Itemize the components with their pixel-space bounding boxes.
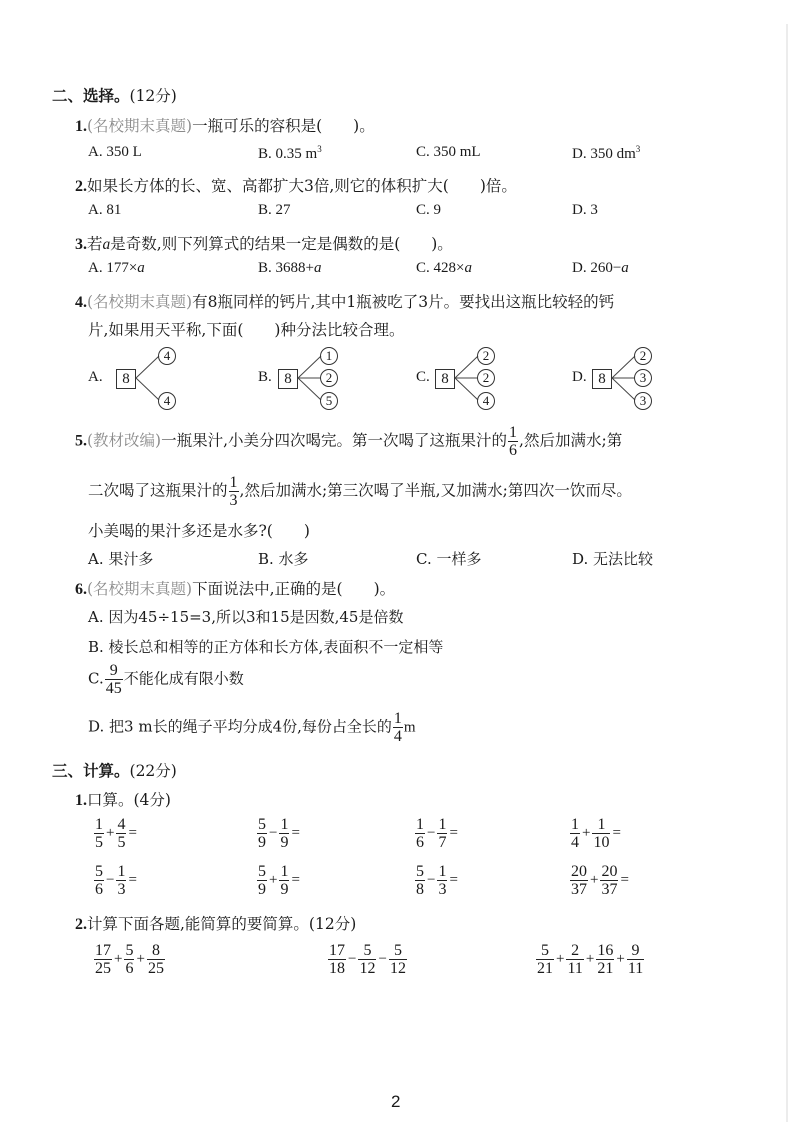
q1-option-c[interactable]: C. 350 mL [416, 144, 481, 161]
sub-question-1: 1.口算。(4分) [75, 788, 171, 810]
mental-math-item: 16−17= [414, 816, 459, 851]
branch-circle: 2 [477, 347, 495, 365]
branch-lines-icon [416, 344, 516, 414]
fraction: 13 [229, 474, 239, 509]
page-edge-line [786, 24, 788, 1122]
fraction: 16 [508, 424, 518, 459]
calc-expression: 1725+56+825 [93, 942, 166, 977]
branch-lines-icon [572, 344, 672, 414]
source-tag: (名校期末真题) [87, 293, 192, 311]
q5-option-a[interactable]: A. 果汁多 [88, 548, 153, 569]
mental-math-item: 59+19= [256, 863, 301, 898]
fraction: 14 [393, 710, 403, 745]
q3-option-d[interactable]: D. 260−a [572, 260, 629, 277]
question-2: 2.如果长方体的长、宽、高都扩大3倍,则它的体积扩大( )倍。 [75, 174, 517, 196]
section-3-title: 三、计算。 [52, 762, 130, 780]
q2-option-a[interactable]: A. 81 [88, 202, 121, 219]
question-text: 一瓶可乐的容积是( )。 [192, 117, 375, 135]
fraction: 945 [105, 662, 123, 697]
branch-circle: 4 [158, 347, 176, 365]
mental-math-item: 14+110= [569, 816, 622, 851]
branch-circle: 4 [477, 392, 495, 410]
q4-option-b[interactable]: B. 8 1 2 5 [258, 344, 378, 414]
branch-lines-icon [258, 344, 358, 414]
branch-circle: 5 [320, 392, 338, 410]
branch-circle: 2 [320, 369, 338, 387]
question-5-line1: 5.(教材改编)一瓶果汁,小美分四次喝完。第一次喝了这瓶果汁的16,然后加满水;… [75, 424, 622, 459]
question-4: 4.(名校期末真题)有8瓶同样的钙片,其中1瓶被吃了3片。要找出这瓶比较轻的钙 [75, 290, 614, 312]
source-tag: (名校期末真题) [87, 117, 192, 135]
q3-option-b[interactable]: B. 3688+a [258, 260, 321, 277]
q5-option-b[interactable]: B. 水多 [258, 548, 309, 569]
sub-question-2: 2.计算下面各题,能简算的要简算。(12分) [75, 912, 356, 934]
section-3-points: (22分) [130, 762, 177, 780]
branch-circle: 2 [477, 369, 495, 387]
q6-option-d[interactable]: D. 把3 m长的绳子平均分成4份,每份占全长的14m [88, 710, 416, 745]
mental-math-item: 2037+2037= [569, 863, 630, 898]
q4-option-d[interactable]: D. 8 2 3 3 [572, 344, 692, 414]
source-tag: (名校期末真题) [87, 580, 192, 598]
branch-circle: 4 [158, 392, 176, 410]
branch-circle: 2 [634, 347, 652, 365]
q6-option-c[interactable]: C.945不能化成有限小数 [88, 662, 244, 697]
question-number: 1. [75, 118, 87, 135]
question-5-line2: 二次喝了这瓶果汁的13,然后加满水;第三次喝了半瓶,又加满水;第四次一饮而尽。 [88, 474, 632, 509]
branch-circle: 1 [320, 347, 338, 365]
q3-option-c[interactable]: C. 428×a [416, 260, 472, 277]
question-5-line3: 小美喝的果汁多还是水多?( ) [88, 519, 310, 541]
source-tag: (教材改编) [87, 432, 161, 450]
q1-option-a[interactable]: A. 350 L [88, 144, 142, 161]
calc-expression: 1718−512−512 [327, 942, 408, 977]
section-2-title: 二、选择。 [52, 87, 130, 105]
question-6: 6.(名校期末真题)下面说法中,正确的是( )。 [75, 577, 395, 599]
page-number: 2 [391, 1092, 400, 1112]
q3-option-a[interactable]: A. 177×a [88, 260, 145, 277]
question-1: 1.(名校期末真题)一瓶可乐的容积是( )。 [75, 114, 375, 136]
mental-math-item: 58−13= [414, 863, 459, 898]
branch-circle: 3 [634, 392, 652, 410]
section-3-heading: 三、计算。(22分) [52, 759, 177, 781]
q6-option-a[interactable]: A. 因为45÷15=3,所以3和15是因数,45是倍数 [88, 606, 403, 627]
q2-option-d[interactable]: D. 3 [572, 202, 598, 219]
q5-option-d[interactable]: D. 无法比较 [572, 548, 653, 569]
q1-option-d[interactable]: D. 350 dm3 [572, 144, 640, 163]
calc-expression: 521+211+1621+911 [535, 942, 645, 977]
mental-math-item: 59−19= [256, 816, 301, 851]
q4-option-c[interactable]: C. 8 2 2 4 [416, 344, 536, 414]
q6-option-b[interactable]: B. 棱长总和相等的正方体和长方体,表面积不一定相等 [88, 636, 443, 657]
q2-option-b[interactable]: B. 27 [258, 202, 291, 219]
q1-option-b[interactable]: B. 0.35 m3 [258, 144, 322, 163]
section-2-points: (12分) [130, 87, 177, 105]
mental-math-item: 56−13= [93, 863, 138, 898]
q5-option-c[interactable]: C. 一样多 [416, 548, 481, 569]
question-3: 3.若a是奇数,则下列算式的结果一定是偶数的是( )。 [75, 232, 453, 254]
question-4-line2: 片,如果用天平称,下面( )种分法比较合理。 [88, 318, 404, 340]
mental-math-item: 15+45= [93, 816, 138, 851]
branch-circle: 3 [634, 369, 652, 387]
question-text: 如果长方体的长、宽、高都扩大3倍,则它的体积扩大( )倍。 [87, 177, 517, 195]
q2-option-c[interactable]: C. 9 [416, 202, 441, 219]
q4-option-a[interactable]: A. 8 4 4 [88, 344, 208, 414]
section-2-heading: 二、选择。(12分) [52, 84, 177, 106]
